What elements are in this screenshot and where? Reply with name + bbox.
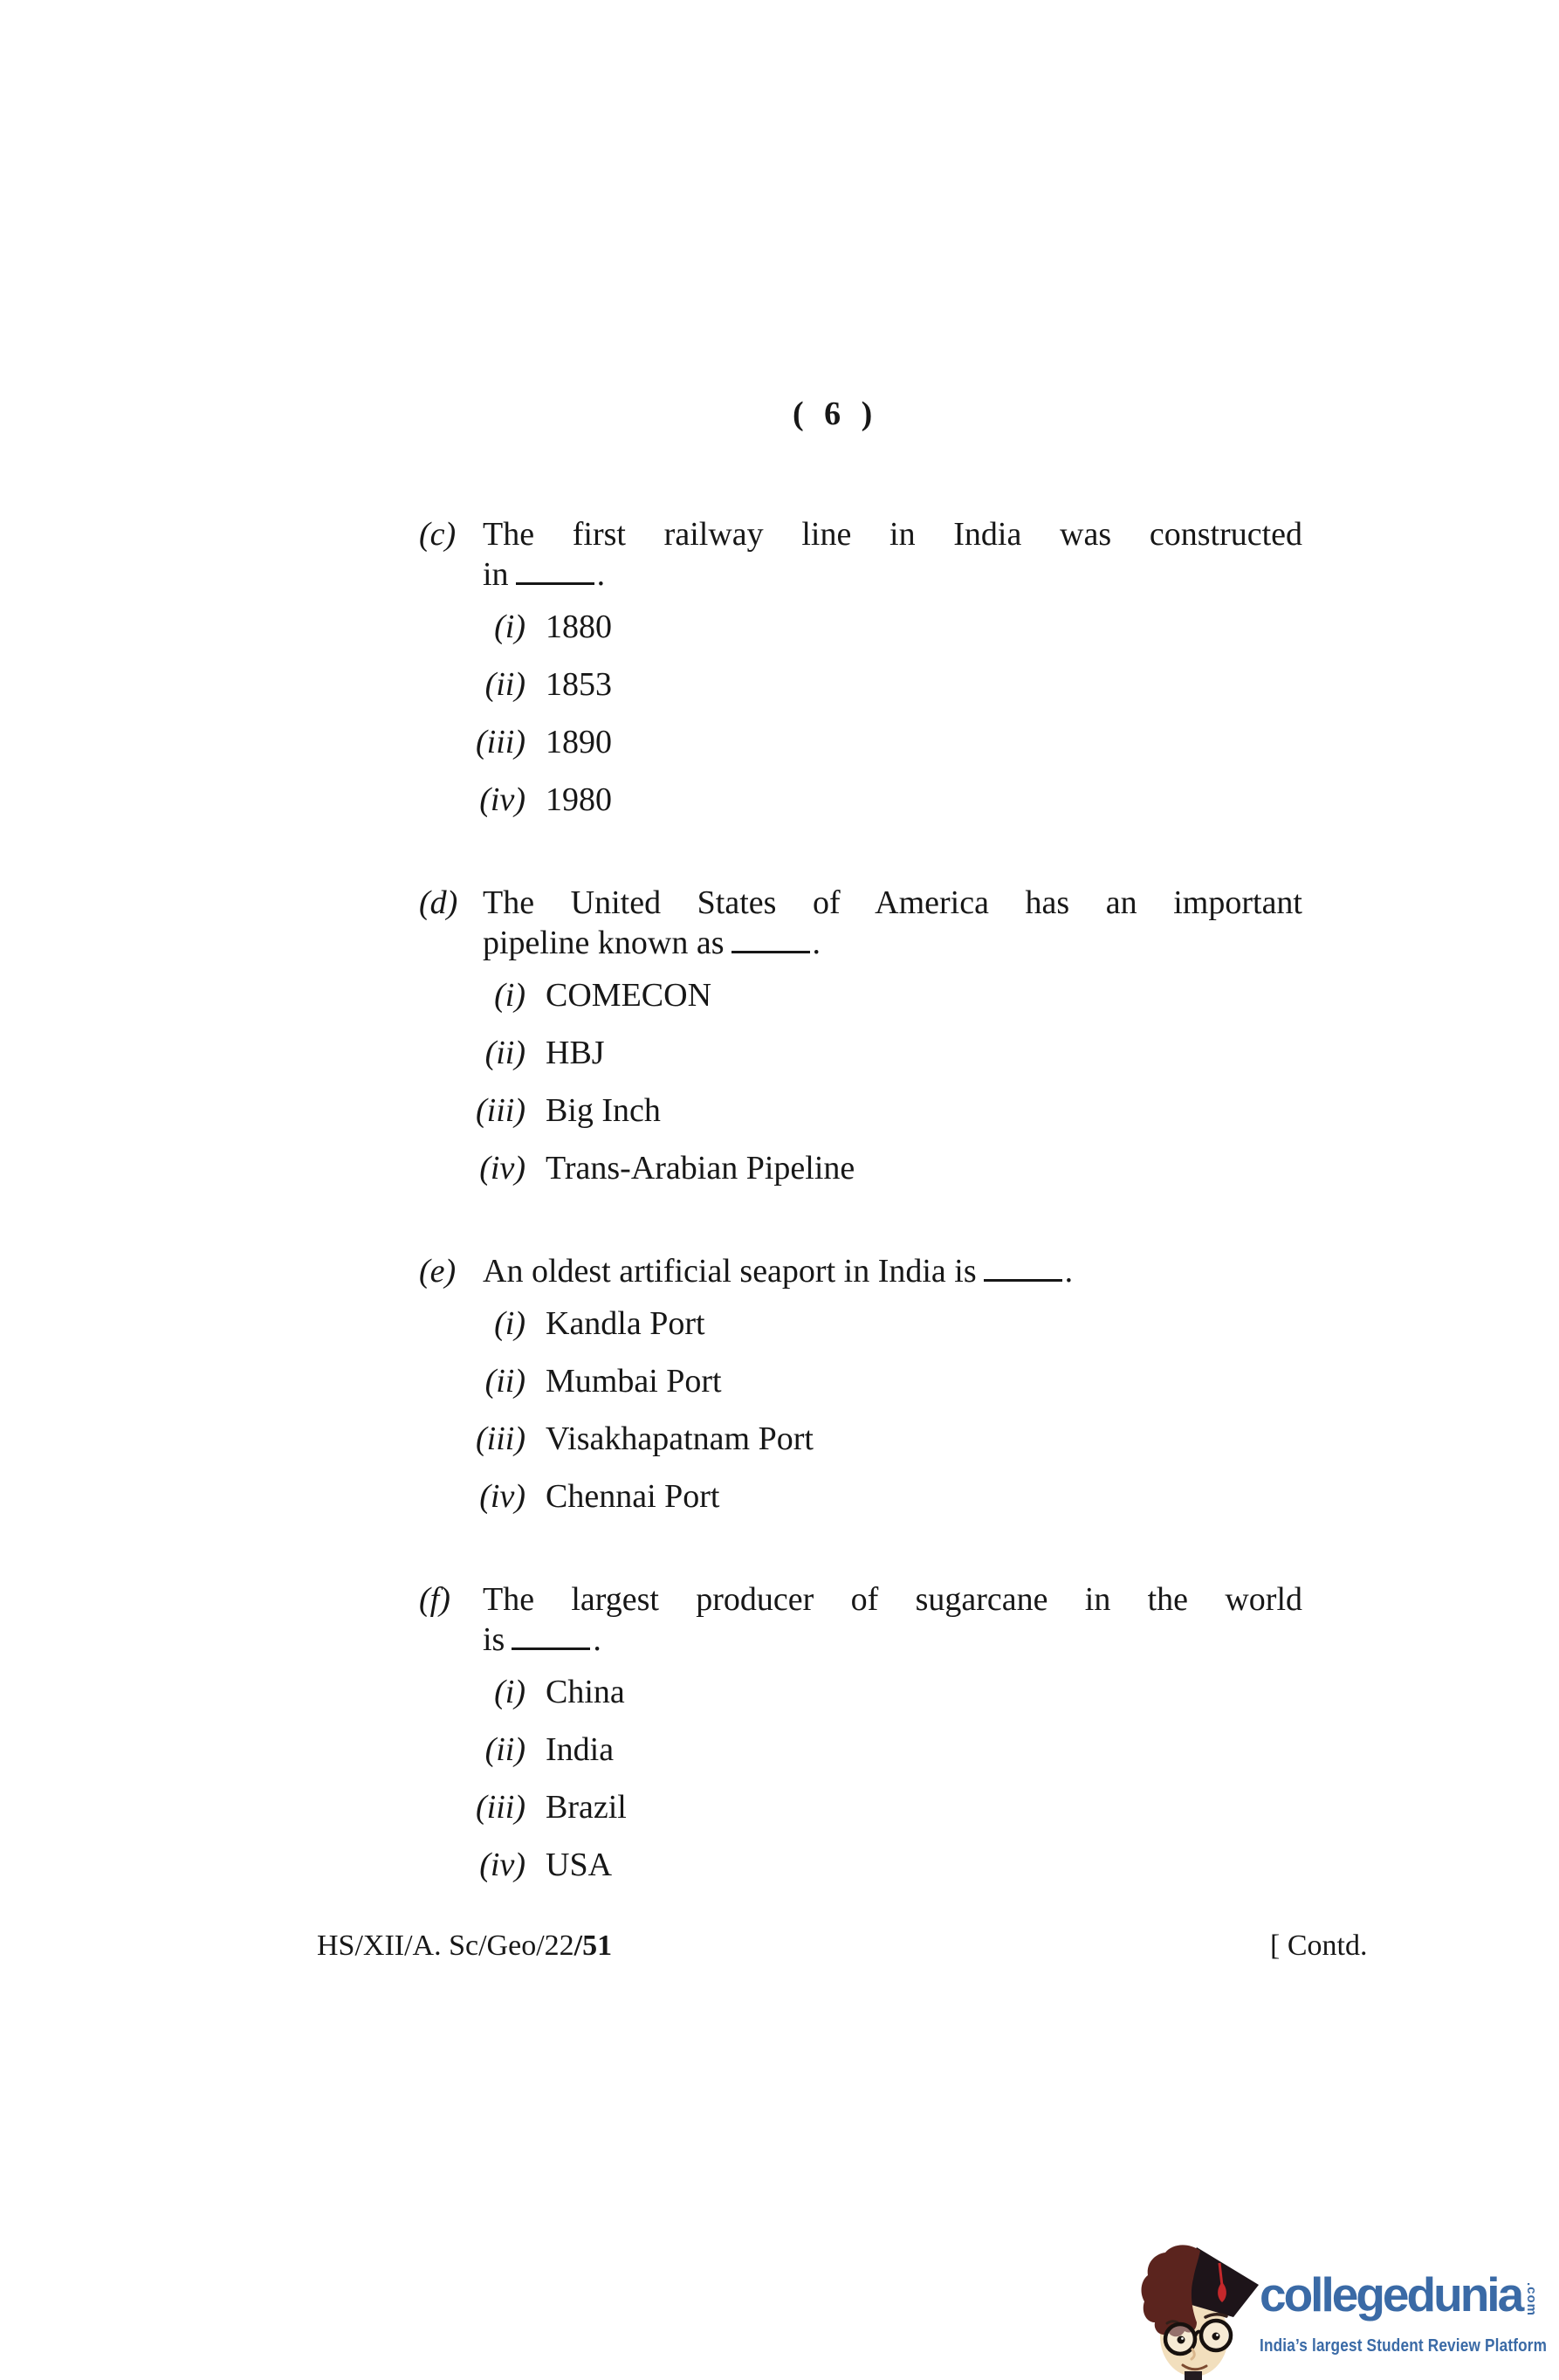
- option-text: USA: [525, 1845, 612, 1885]
- option-label: (iii): [419, 1090, 525, 1131]
- option-text: China: [525, 1672, 625, 1712]
- question-text-line: is.: [483, 1620, 1302, 1660]
- question-block: (d)The United States of America has an i…: [419, 883, 1302, 1188]
- option-row: (iii)Brazil: [419, 1787, 1302, 1827]
- fill-in-blank: [984, 1277, 1062, 1282]
- option-label: (iv): [419, 1476, 525, 1517]
- question-text-line: The first railway line in India was cons…: [483, 514, 1302, 554]
- brand-tld: .com: [1524, 2282, 1539, 2316]
- option-text: Visakhapatnam Port: [525, 1419, 814, 1459]
- question-text-line: The United States of America has an impo…: [483, 883, 1302, 923]
- option-row: (iii)Big Inch: [419, 1090, 1302, 1131]
- option-row: (ii)India: [419, 1730, 1302, 1770]
- brand-row: collegedunia .com: [1260, 2268, 1539, 2321]
- fill-in-blank: [731, 949, 810, 953]
- question-block: (f)The largest producer of sugarcane in …: [419, 1579, 1302, 1885]
- option-label: (i): [419, 975, 525, 1015]
- option-label: (i): [419, 1303, 525, 1344]
- option-text: COMECON: [525, 975, 711, 1015]
- option-row: (i)China: [419, 1672, 1302, 1712]
- collegedunia-logo: collegedunia .com India’s largest Studen…: [1139, 2235, 1559, 2380]
- option-text: 1980: [525, 780, 612, 820]
- options-list: (i)1880(ii)1853(iii)1890(iv)1980: [419, 607, 1302, 820]
- option-row: (iv)Trans-Arabian Pipeline: [419, 1148, 1302, 1188]
- question-label: (c): [419, 514, 456, 554]
- option-row: (iii)Visakhapatnam Port: [419, 1419, 1302, 1459]
- option-label: (iii): [419, 1419, 525, 1459]
- question-text: The largest producer of sugarcane in the…: [483, 1579, 1302, 1660]
- question-label: (f): [419, 1579, 450, 1620]
- option-label: (iii): [419, 722, 525, 762]
- option-row: (i)Kandla Port: [419, 1303, 1302, 1344]
- question-text-line: The largest producer of sugarcane in the…: [483, 1579, 1302, 1620]
- brand-tagline: India’s largest Student Review Platform: [1260, 2336, 1547, 2356]
- options-list: (i)China(ii)India(iii)Brazil(iv)USA: [419, 1672, 1302, 1885]
- paper-code-bold-suffix: /51: [574, 1929, 612, 1962]
- option-row: (i)COMECON: [419, 975, 1302, 1015]
- option-label: (i): [419, 1672, 525, 1712]
- option-label: (i): [419, 607, 525, 647]
- option-text: Kandla Port: [525, 1303, 705, 1344]
- question-label: (d): [419, 883, 457, 923]
- option-text: 1853: [525, 664, 612, 705]
- question-block: (c)The first railway line in India was c…: [419, 514, 1302, 820]
- option-row: (i)1880: [419, 607, 1302, 647]
- option-row: (ii)HBJ: [419, 1033, 1302, 1073]
- option-text: Big Inch: [525, 1090, 661, 1131]
- footer-contd-label: [ Contd.: [1270, 1929, 1367, 1963]
- question-text: The first railway line in India was cons…: [483, 514, 1302, 595]
- option-row: (ii)Mumbai Port: [419, 1361, 1302, 1401]
- option-text: Trans-Arabian Pipeline: [525, 1148, 855, 1188]
- option-row: (iv)1980: [419, 780, 1302, 820]
- option-row: (iii)1890: [419, 722, 1302, 762]
- question-text: The United States of America has an impo…: [483, 883, 1302, 963]
- graduate-boy-mascot-icon: [1139, 2235, 1266, 2380]
- question-text-line: in.: [483, 554, 1302, 595]
- option-row: (ii)1853: [419, 664, 1302, 705]
- questions-section: (c)The first railway line in India was c…: [419, 514, 1302, 1885]
- document-page: ( 6 ) (c)The first railway line in India…: [0, 0, 1559, 2380]
- option-label: (iv): [419, 1845, 525, 1885]
- option-text: 1880: [525, 607, 612, 647]
- question-block: (e)An oldest artificial seaport in India…: [419, 1251, 1302, 1517]
- page-number: ( 6 ): [793, 395, 875, 433]
- option-text: India: [525, 1730, 614, 1770]
- option-text: Chennai Port: [525, 1476, 719, 1517]
- option-text: HBJ: [525, 1033, 605, 1073]
- fill-in-blank: [516, 581, 594, 585]
- brand-wordmark: collegedunia: [1260, 2268, 1521, 2321]
- fill-in-blank: [512, 1646, 590, 1650]
- option-text: 1890: [525, 722, 612, 762]
- option-label: (iv): [419, 780, 525, 820]
- option-label: (ii): [419, 1730, 525, 1770]
- footer-paper-code: HS/XII/A. Sc/Geo/22/51: [317, 1929, 612, 1963]
- options-list: (i)Kandla Port(ii)Mumbai Port(iii)Visakh…: [419, 1303, 1302, 1517]
- paper-code-text: HS/XII/A. Sc/Geo/22: [317, 1929, 574, 1962]
- question-text: An oldest artificial seaport in India is…: [483, 1251, 1302, 1291]
- option-text: Brazil: [525, 1787, 627, 1827]
- question-text-line: pipeline known as.: [483, 923, 1302, 963]
- option-label: (ii): [419, 664, 525, 705]
- option-row: (iv)USA: [419, 1845, 1302, 1885]
- option-label: (iii): [419, 1787, 525, 1827]
- option-label: (iv): [419, 1148, 525, 1188]
- question-label: (e): [419, 1251, 456, 1291]
- option-text: Mumbai Port: [525, 1361, 722, 1401]
- options-list: (i)COMECON(ii)HBJ(iii)Big Inch(iv)Trans-…: [419, 975, 1302, 1188]
- option-label: (ii): [419, 1361, 525, 1401]
- option-row: (iv)Chennai Port: [419, 1476, 1302, 1517]
- option-label: (ii): [419, 1033, 525, 1073]
- question-text-line: An oldest artificial seaport in India is…: [483, 1251, 1302, 1291]
